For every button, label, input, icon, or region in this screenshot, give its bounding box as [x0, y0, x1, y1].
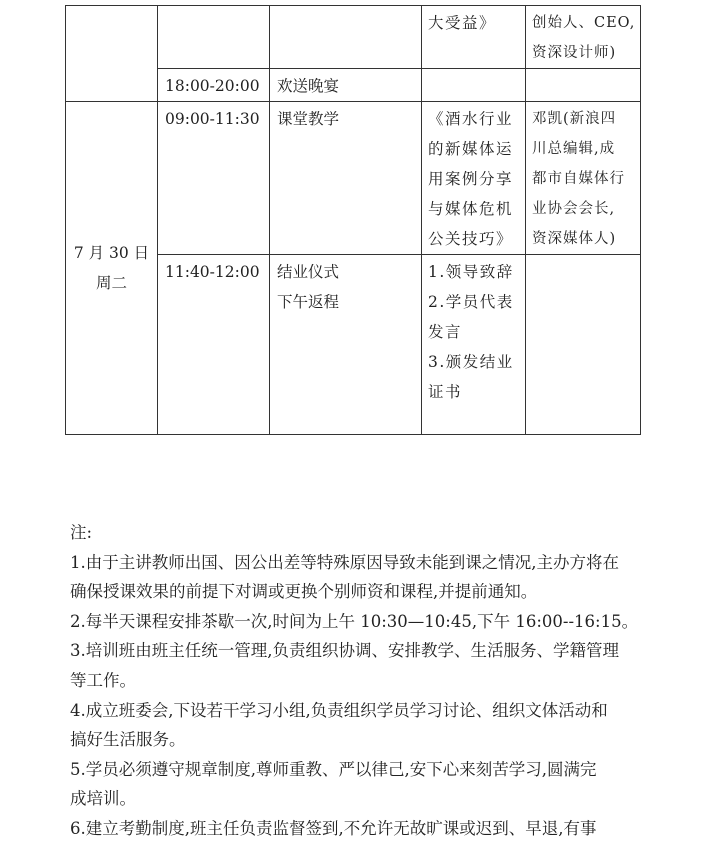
time-cell: 09:00-11:30	[158, 102, 270, 255]
speaker-line: 邓凯(新浪四	[532, 104, 640, 134]
notes-heading: 注:	[70, 518, 650, 548]
topic-line: 用案例分享	[428, 164, 525, 194]
notes-section: 注: 1.由于主讲教师出国、因公出差等特殊原因导致未能到课之情况,主办方将在 确…	[70, 518, 650, 844]
speaker-line: 业协会会长,	[532, 194, 640, 224]
note-line: 3.培训班由班主任统一管理,负责组织协调、安排教学、生活服务、学籍管理	[70, 636, 650, 666]
topic-line: 1.领导致辞	[428, 257, 525, 287]
speaker-cell	[526, 69, 641, 102]
topic-line: 公关技巧》	[428, 224, 525, 254]
note-line: 5.学员必须遵守规章制度,尊师重教、严以律己,安下心来刻苦学习,圆满完	[70, 755, 650, 785]
time-text: 11:40-12:00	[165, 257, 269, 287]
time-text: 18:00-20:00	[165, 71, 269, 101]
content-cell	[270, 6, 422, 69]
topic-line: 证书	[428, 377, 525, 407]
note-line: 确保授课效果的前提下对调或更换个别师资和课程,并提前通知。	[70, 577, 650, 607]
content-line: 课堂教学	[277, 104, 421, 134]
topic-line: 《酒水行业	[428, 104, 525, 134]
topic-cell: 《酒水行业 的新媒体运 用案例分享 与媒体危机 公关技巧》	[422, 102, 526, 255]
note-line: 6.建立考勤制度,班主任负责监督签到,不允许无故旷课或迟到、早退,有事	[70, 814, 650, 844]
topic-cell	[422, 69, 526, 102]
speaker-cell: 邓凯(新浪四 川总编辑,成 都市自媒体行 业协会会长, 资深媒体人)	[526, 102, 641, 255]
content-cell: 结业仪式 下午返程	[270, 255, 422, 435]
time-cell: 11:40-12:00	[158, 255, 270, 435]
date-cell	[66, 6, 158, 102]
content-line: 结业仪式	[277, 257, 421, 287]
note-line: 1.由于主讲教师出国、因公出差等特殊原因导致未能到课之情况,主办方将在	[70, 548, 650, 578]
content-cell: 课堂教学	[270, 102, 422, 255]
time-cell: 18:00-20:00	[158, 69, 270, 102]
schedule-table: 大受益》 创始人、CEO, 资深设计师) 18:00-20:00 欢送晚宴 7 …	[65, 5, 641, 435]
topic-line: 的新媒体运	[428, 134, 525, 164]
topic-line: 2.学员代表	[428, 287, 525, 317]
note-line: 成培训。	[70, 784, 650, 814]
speaker-line: 创始人、CEO,	[532, 8, 640, 38]
content-cell: 欢送晚宴	[270, 69, 422, 102]
note-line: 4.成立班委会,下设若干学习小组,负责组织学员学习讨论、组织文体活动和	[70, 696, 650, 726]
content-line: 下午返程	[277, 287, 421, 317]
speaker-cell	[526, 255, 641, 435]
speaker-line: 都市自媒体行	[532, 164, 640, 194]
speaker-line: 资深设计师)	[532, 38, 640, 68]
note-line: 搞好生活服务。	[70, 725, 650, 755]
content-line: 欢送晚宴	[277, 71, 421, 101]
topic-line: 3.颁发结业	[428, 347, 525, 377]
topic-cell: 1.领导致辞 2.学员代表 发言 3.颁发结业 证书	[422, 255, 526, 435]
weekday-text: 周二	[66, 268, 157, 298]
speaker-cell: 创始人、CEO, 资深设计师)	[526, 6, 641, 69]
topic-line: 大受益》	[428, 8, 525, 38]
topic-line: 发言	[428, 317, 525, 347]
topic-line: 与媒体危机	[428, 194, 525, 224]
speaker-line: 川总编辑,成	[532, 134, 640, 164]
date-cell: 7 月 30 日 周二	[66, 102, 158, 435]
topic-cell: 大受益》	[422, 6, 526, 69]
speaker-line: 资深媒体人)	[532, 224, 640, 254]
date-text: 7 月 30 日	[66, 238, 157, 268]
note-line: 等工作。	[70, 666, 650, 696]
note-line: 2.每半天课程安排茶歇一次,时间为上午 10:30—10:45,下午 16:00…	[70, 607, 650, 637]
time-cell	[158, 6, 270, 69]
table-row: 大受益》 创始人、CEO, 资深设计师)	[66, 6, 641, 69]
time-text: 09:00-11:30	[165, 104, 269, 134]
table-row: 7 月 30 日 周二 09:00-11:30 课堂教学 《酒水行业 的新媒体运…	[66, 102, 641, 255]
